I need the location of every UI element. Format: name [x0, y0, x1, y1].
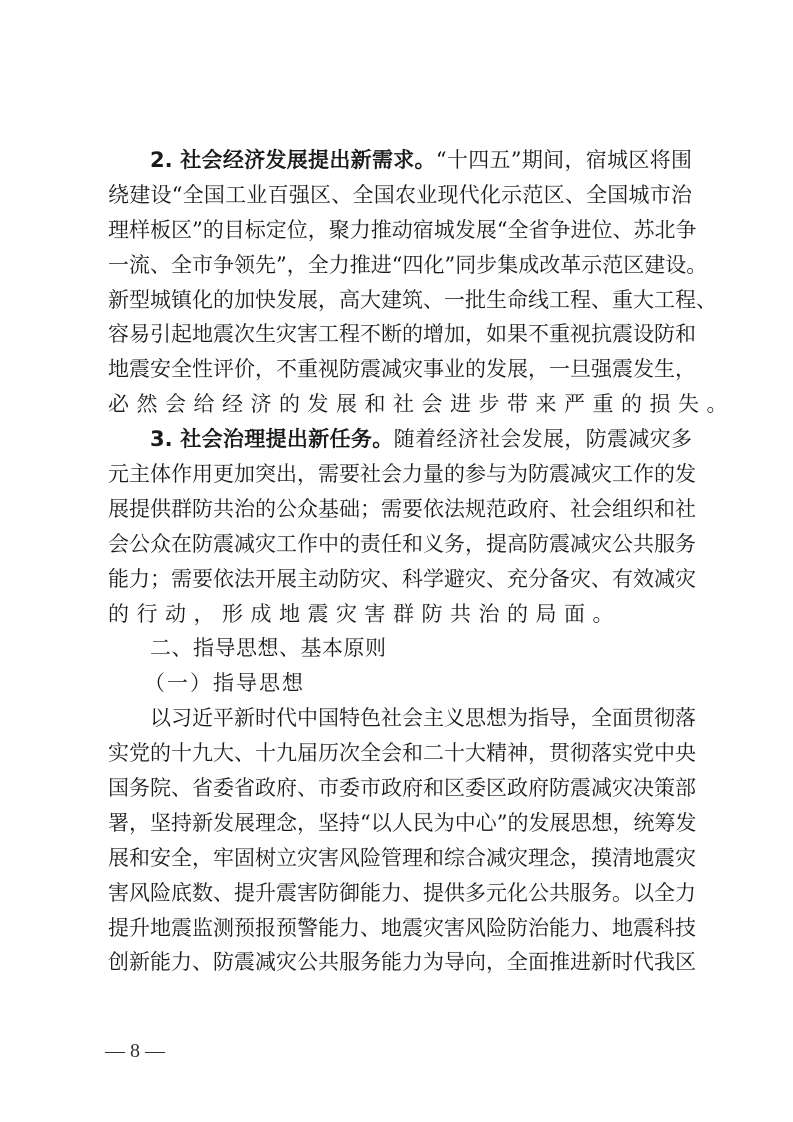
paragraph-line: 创新能力、防震减灾公共服务能力为导向，全面推进新时代我区 — [108, 945, 692, 980]
section2-text: “十四五”期间，宿城区将围 — [436, 148, 692, 172]
paragraph-line: 容易引起地震次生灾害工程不断的增加，如果不重视抗震设防和 — [108, 317, 692, 352]
subsection-heading: （一）指导思想 — [108, 666, 692, 701]
paragraph-line: 绕建设“全国工业百强区、全国农业现代化示范区、全国城市治 — [108, 178, 692, 213]
paragraph-line: 提升地震监测预报预警能力、地震灾害风险防治能力、地震科技 — [108, 911, 692, 946]
paragraph-line: 一流、全市争领先”，全力推进“四化”同步集成改革示范区建设。 — [108, 248, 692, 283]
section3-text: 随着经济社会发展，防震减灾多 — [394, 427, 692, 451]
paragraph-line: 害风险底数、提升震害防御能力、提供多元化公共服务。以全力 — [108, 876, 692, 911]
paragraph-line: 地震安全性评价，不重视防震减灾事业的发展，一旦强震发生， — [108, 352, 692, 387]
paragraph-line: 元主体作用更加突出，需要社会力量的参与为防震减灾工作的发 — [108, 457, 692, 492]
section2-title: 2. 社会经济发展提出新需求。 — [150, 148, 436, 172]
paragraph-line: 会公众在防震减灾工作中的责任和义务，提高防震减灾公共服务 — [108, 527, 692, 562]
document-page: 2. 社会经济发展提出新需求。“十四五”期间，宿城区将围 绕建设“全国工业百强区… — [108, 143, 692, 980]
paragraph-line: 的行动，形成地震灾害群防共治的局面。 — [108, 597, 692, 632]
paragraph-line: 国务院、省委省政府、市委市政府和区委区政府防震减灾决策部 — [108, 771, 692, 806]
section3-line-1: 3. 社会治理提出新任务。随着经济社会发展，防震减灾多 — [108, 422, 692, 457]
paragraph-line: 新型城镇化的加快发展，高大建筑、一批生命线工程、重大工程、 — [108, 283, 692, 318]
paragraph-line: 展和安全，牢固树立灾害风险管理和综合减灾理念，摸清地震灾 — [108, 841, 692, 876]
section3-title: 3. 社会治理提出新任务。 — [150, 427, 394, 451]
paragraph-line: 能力；需要依法开展主动防灾、科学避灾、充分备灾、有效减灾 — [108, 562, 692, 597]
paragraph-line: 实党的十九大、十九届历次全会和二十大精神，贯彻落实党中央 — [108, 736, 692, 771]
section-heading: 二、指导思想、基本原则 — [108, 631, 692, 666]
paragraph-line: 必然会给经济的发展和社会进步带来严重的损失。 — [108, 387, 692, 422]
paragraph-line: 展提供群防共治的公众基础；需要依法规范政府、社会组织和社 — [108, 492, 692, 527]
paragraph-line: 署，坚持新发展理念，坚持“以人民为中心”的发展思想，统筹发 — [108, 806, 692, 841]
page-number: — 8 — — [105, 1040, 165, 1063]
paragraph-line: 以习近平新时代中国特色社会主义思想为指导，全面贯彻落 — [108, 701, 692, 736]
section2-line-1: 2. 社会经济发展提出新需求。“十四五”期间，宿城区将围 — [108, 143, 692, 178]
paragraph-line: 理样板区”的目标定位，聚力推动宿城发展“全省争进位、苏北争 — [108, 213, 692, 248]
